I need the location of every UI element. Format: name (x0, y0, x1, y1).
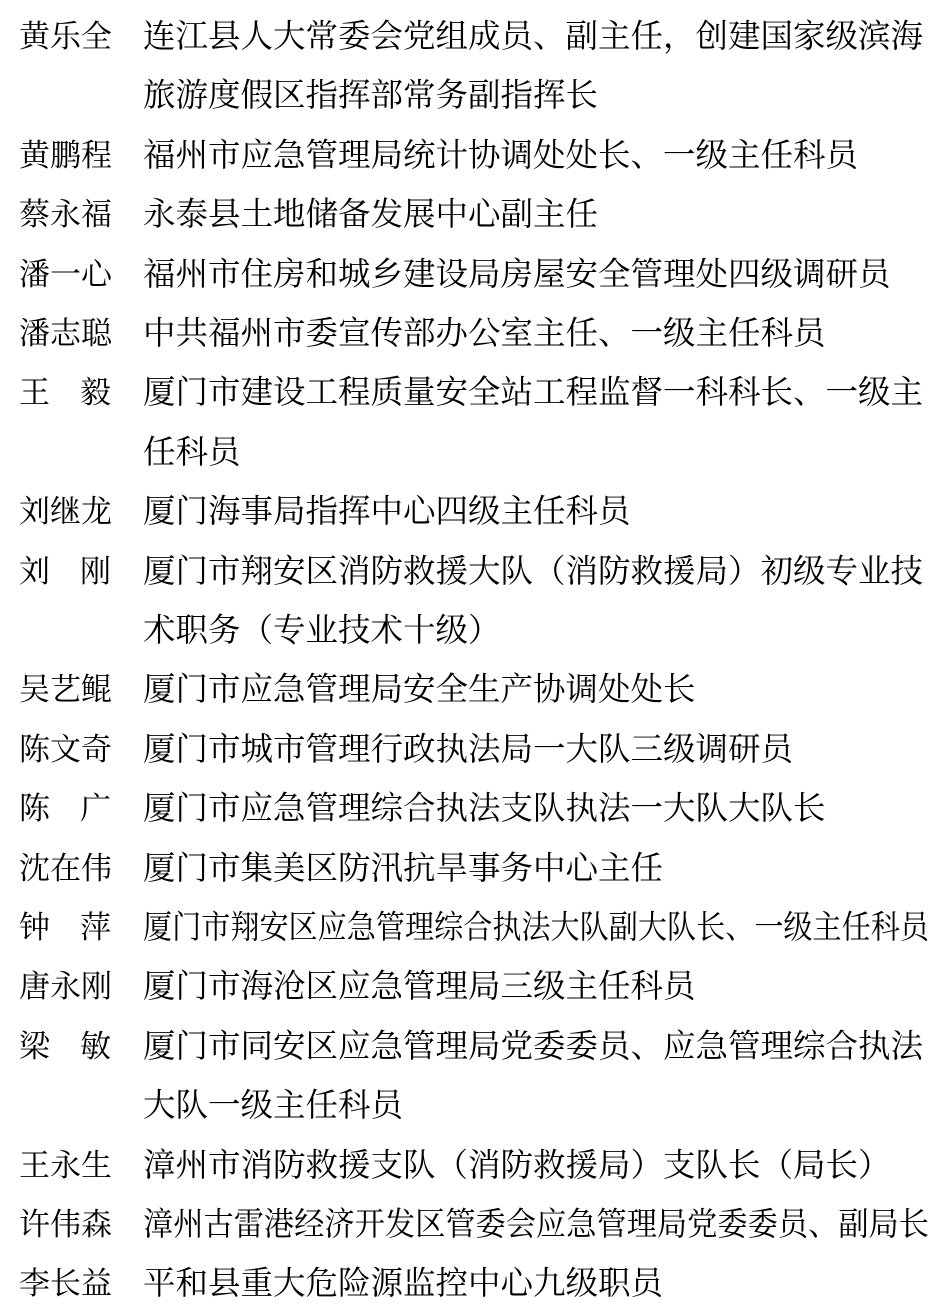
person-name-char: 毅 (80, 363, 111, 422)
personnel-entry: 刘继龙 厦门海事局指挥中心四级主任科员 (19, 482, 928, 541)
person-title-line: 平和县重大危险源监控中心九级职员 (143, 1254, 929, 1313)
person-name-char: 广 (80, 779, 111, 838)
person-name-char: 伟 (81, 839, 112, 898)
person-title-line: 永泰县土地储备发展中心副主任 (143, 185, 929, 244)
person-name-char: 王 (19, 363, 50, 422)
person-name-char: 继 (50, 482, 81, 541)
person-name-char: 文 (50, 720, 81, 779)
personnel-entry: 王永生 漳州市消防救援支队（消防救援局）支队长（局长） (19, 1136, 928, 1195)
personnel-entry: 陈广 厦门市应急管理综合执法支队执法一大队大队长 (19, 779, 928, 838)
person-name-char: 在 (50, 839, 81, 898)
person-name: 陈广 (19, 779, 111, 838)
personnel-entry: 沈在伟 厦门市集美区防汛抗旱事务中心主任 (19, 839, 928, 898)
person-name-char: 蔡 (19, 185, 50, 244)
person-title: 厦门市同安区应急管理局党委委员、应急管理综合执法大队一级主任科员 (143, 1017, 929, 1136)
person-name: 李长益 (19, 1254, 111, 1313)
person-title-line: 福州市应急管理局统计协调处处长、一级主任科员 (143, 126, 929, 185)
personnel-entry: 黄鹏程 福州市应急管理局统计协调处处长、一级主任科员 (19, 126, 928, 185)
person-title-line: 任科员 (143, 423, 929, 482)
person-name: 吴艺鲲 (19, 660, 111, 719)
person-name-char: 心 (81, 245, 112, 304)
person-title-line: 厦门海事局指挥中心四级主任科员 (143, 482, 929, 541)
person-name-char: 全 (81, 7, 112, 66)
person-name-char: 森 (81, 1195, 112, 1254)
person-name-char: 陈 (19, 779, 50, 838)
person-title: 福州市住房和城乡建设局房屋安全管理处四级调研员 (143, 245, 929, 304)
person-title: 漳州市消防救援支队（消防救援局）支队长（局长） (143, 1136, 929, 1195)
person-title: 厦门市集美区防汛抗旱事务中心主任 (143, 839, 929, 898)
person-name: 黄鹏程 (19, 126, 111, 185)
person-title: 厦门市应急管理局安全生产协调处处长 (143, 660, 929, 719)
person-name-char: 乐 (50, 7, 81, 66)
person-name-char: 永 (50, 185, 81, 244)
person-title-line: 旅游度假区指挥部常务副指挥长 (143, 66, 929, 125)
person-title-line: 漳州市消防救援支队（消防救援局）支队长（局长） (143, 1136, 929, 1195)
person-name-char: 李 (19, 1254, 50, 1313)
person-title: 厦门市海沧区应急管理局三级主任科员 (143, 957, 929, 1016)
personnel-entry: 潘志聪 中共福州市委宣传部办公室主任、一级主任科员 (19, 304, 928, 363)
personnel-entry: 李长益 平和县重大危险源监控中心九级职员 (19, 1254, 928, 1313)
person-name-char: 艺 (50, 660, 81, 719)
person-name-char: 一 (50, 245, 81, 304)
person-name-char: 鹏 (50, 126, 81, 185)
person-name-char: 许 (19, 1195, 50, 1254)
person-name-char: 刚 (80, 542, 111, 601)
person-name: 王永生 (19, 1136, 111, 1195)
person-name: 黄乐全 (19, 7, 111, 66)
person-title: 厦门市翔安区应急管理综合执法大队副大队长、一级主任科员 (143, 898, 929, 957)
person-name-char: 黄 (19, 126, 50, 185)
personnel-entry: 许伟森 漳州古雷港经济开发区管委会应急管理局党委委员、副局长 (19, 1195, 928, 1254)
person-name-char: 陈 (19, 720, 50, 779)
person-name-char: 长 (50, 1254, 81, 1313)
person-name-char: 吴 (19, 660, 50, 719)
person-name-char: 潘 (19, 245, 50, 304)
personnel-entry: 吴艺鲲 厦门市应急管理局安全生产协调处处长 (19, 660, 928, 719)
person-name-char: 黄 (19, 7, 50, 66)
person-name: 蔡永福 (19, 185, 111, 244)
person-name-char: 志 (50, 304, 81, 363)
person-title-line: 厦门市应急管理局安全生产协调处处长 (143, 660, 929, 719)
person-name-char: 生 (81, 1136, 112, 1195)
person-title: 厦门市城市管理行政执法局一大队三级调研员 (143, 720, 929, 779)
person-title-line: 中共福州市委宣传部办公室主任、一级主任科员 (143, 304, 929, 363)
person-title: 福州市应急管理局统计协调处处长、一级主任科员 (143, 126, 929, 185)
person-title: 厦门市翔安区消防救援大队（消防救援局）初级专业技术职务（专业技术十级） (143, 542, 929, 661)
person-name-char: 刘 (19, 542, 50, 601)
personnel-entry: 潘一心 福州市住房和城乡建设局房屋安全管理处四级调研员 (19, 245, 928, 304)
person-title: 漳州古雷港经济开发区管委会应急管理局党委委员、副局长 (143, 1195, 929, 1254)
person-title: 厦门市建设工程质量安全站工程监督一科科长、一级主任科员 (143, 363, 929, 482)
personnel-entry: 陈文奇 厦门市城市管理行政执法局一大队三级调研员 (19, 720, 928, 779)
person-name-char: 伟 (50, 1195, 81, 1254)
person-name-char: 龙 (81, 482, 112, 541)
person-name: 王毅 (19, 363, 111, 422)
person-name: 潘志聪 (19, 304, 111, 363)
personnel-entry: 梁敏 厦门市同安区应急管理局党委委员、应急管理综合执法大队一级主任科员 (19, 1017, 928, 1136)
person-name-char: 萍 (80, 898, 111, 957)
personnel-entry: 唐永刚 厦门市海沧区应急管理局三级主任科员 (19, 957, 928, 1016)
person-title-line: 漳州古雷港经济开发区管委会应急管理局党委委员、副局长 (143, 1195, 929, 1254)
person-name-char: 刚 (81, 957, 112, 1016)
person-name: 潘一心 (19, 245, 111, 304)
person-name: 唐永刚 (19, 957, 111, 1016)
person-title: 连江县人大常委会党组成员、副主任，创建国家级滨海旅游度假区指挥部常务副指挥长 (143, 7, 929, 126)
person-name-char: 钟 (19, 898, 50, 957)
personnel-entry: 钟萍 厦门市翔安区应急管理综合执法大队副大队长、一级主任科员 (19, 898, 928, 957)
personnel-list: 黄乐全 连江县人大常委会党组成员、副主任，创建国家级滨海旅游度假区指挥部常务副指… (19, 7, 928, 1313)
person-title-line: 厦门市翔安区应急管理综合执法大队副大队长、一级主任科员 (143, 898, 929, 957)
person-name: 刘刚 (19, 542, 111, 601)
person-name-char: 益 (81, 1254, 112, 1313)
person-title: 中共福州市委宣传部办公室主任、一级主任科员 (143, 304, 929, 363)
person-name-char: 福 (81, 185, 112, 244)
personnel-entry: 刘刚 厦门市翔安区消防救援大队（消防救援局）初级专业技术职务（专业技术十级） (19, 542, 928, 661)
person-title: 永泰县土地储备发展中心副主任 (143, 185, 929, 244)
person-name: 钟萍 (19, 898, 111, 957)
personnel-entry: 王毅 厦门市建设工程质量安全站工程监督一科科长、一级主任科员 (19, 363, 928, 482)
person-title-line: 大队一级主任科员 (143, 1076, 929, 1135)
person-name-char: 鲲 (81, 660, 112, 719)
person-name: 梁敏 (19, 1017, 111, 1076)
person-name-char: 梁 (19, 1017, 50, 1076)
person-title-line: 厦门市翔安区消防救援大队（消防救援局）初级专业技 (143, 542, 929, 601)
person-title-line: 福州市住房和城乡建设局房屋安全管理处四级调研员 (143, 245, 929, 304)
person-name-char: 沈 (19, 839, 50, 898)
person-name: 陈文奇 (19, 720, 111, 779)
person-title: 厦门市应急管理综合执法支队执法一大队大队长 (143, 779, 929, 838)
person-title: 厦门海事局指挥中心四级主任科员 (143, 482, 929, 541)
person-title: 平和县重大危险源监控中心九级职员 (143, 1254, 929, 1313)
personnel-entry: 蔡永福 永泰县土地储备发展中心副主任 (19, 185, 928, 244)
person-name-char: 永 (50, 957, 81, 1016)
personnel-entry: 黄乐全 连江县人大常委会党组成员、副主任，创建国家级滨海旅游度假区指挥部常务副指… (19, 7, 928, 126)
person-name-char: 刘 (19, 482, 50, 541)
person-name-char: 王 (19, 1136, 50, 1195)
person-title-line: 厦门市城市管理行政执法局一大队三级调研员 (143, 720, 929, 779)
person-name-char: 永 (50, 1136, 81, 1195)
person-name: 许伟森 (19, 1195, 111, 1254)
person-name-char: 奇 (81, 720, 112, 779)
person-name-char: 潘 (19, 304, 50, 363)
person-name: 刘继龙 (19, 482, 111, 541)
person-name-char: 程 (81, 126, 112, 185)
person-title-line: 术职务（专业技术十级） (143, 601, 929, 660)
person-title-line: 厦门市同安区应急管理局党委委员、应急管理综合执法 (143, 1017, 929, 1076)
person-title-line: 厦门市应急管理综合执法支队执法一大队大队长 (143, 779, 929, 838)
person-title-line: 连江县人大常委会党组成员、副主任，创建国家级滨海 (143, 7, 929, 66)
person-name-char: 唐 (19, 957, 50, 1016)
document-page: 黄乐全 连江县人大常委会党组成员、副主任，创建国家级滨海旅游度假区指挥部常务副指… (0, 0, 946, 1313)
person-name: 沈在伟 (19, 839, 111, 898)
person-title-line: 厦门市集美区防汛抗旱事务中心主任 (143, 839, 929, 898)
person-name-char: 敏 (80, 1017, 111, 1076)
person-title-line: 厦门市建设工程质量安全站工程监督一科科长、一级主 (143, 363, 929, 422)
person-name-char: 聪 (81, 304, 112, 363)
person-title-line: 厦门市海沧区应急管理局三级主任科员 (143, 957, 929, 1016)
